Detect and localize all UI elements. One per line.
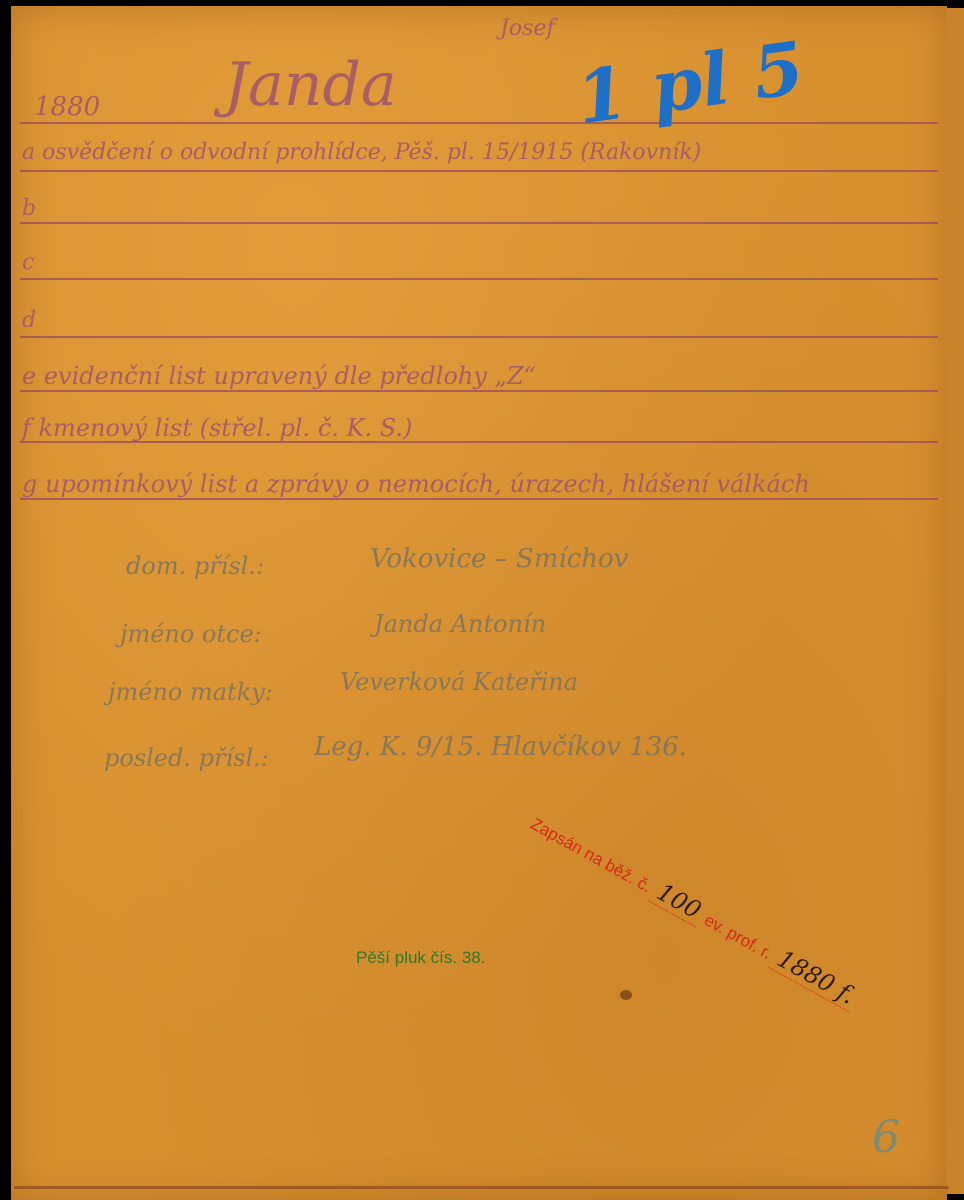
row-letter-d: d xyxy=(22,308,36,333)
note-value-domicile: Vokovice – Smíchov xyxy=(370,544,628,574)
note-label-mother: jméno matky: xyxy=(108,678,273,706)
note-label-last-unit: posled. přísl.: xyxy=(104,744,269,772)
ruled-line xyxy=(20,122,938,124)
note-label-domicile: dom. přísl.: xyxy=(126,552,264,580)
row-a-text: a osvědčení o odvodní prohlídce, Pěš. pl… xyxy=(22,140,701,165)
folder-bottom-edge xyxy=(14,1186,949,1189)
row-letter-c: c xyxy=(22,250,34,275)
surname: Janda xyxy=(224,50,397,120)
row-letter-b: b xyxy=(22,196,36,221)
ruled-line xyxy=(20,278,938,280)
unit-stamp: Pěší pluk čís. 38. xyxy=(356,948,485,968)
note-value-mother: Veverková Kateřina xyxy=(340,668,578,696)
ruled-line xyxy=(20,222,938,224)
row-f-text: f kmenový list (střel. pl. č. K. S.) xyxy=(22,414,412,442)
ruled-line xyxy=(20,390,938,392)
row-g-text: g upomínkový list a zprávy o nemocích, ú… xyxy=(22,470,810,498)
ruled-line xyxy=(20,498,938,500)
document-page xyxy=(11,6,947,1200)
corner-mark: 6 xyxy=(872,1112,900,1163)
given-name: Josef xyxy=(500,16,555,41)
ruled-line xyxy=(20,170,938,172)
ruled-line xyxy=(20,336,938,338)
note-label-father: jméno otce: xyxy=(120,620,262,648)
row-e-text: e evidenční list upravený dle předlohy „… xyxy=(22,362,536,390)
note-value-last-unit: Leg. K. 9/15. Hlavčíkov 136. xyxy=(314,732,687,762)
birth-year: 1880 xyxy=(34,92,100,122)
note-value-father: Janda Antonín xyxy=(374,610,546,638)
paper-stain xyxy=(620,990,632,1000)
